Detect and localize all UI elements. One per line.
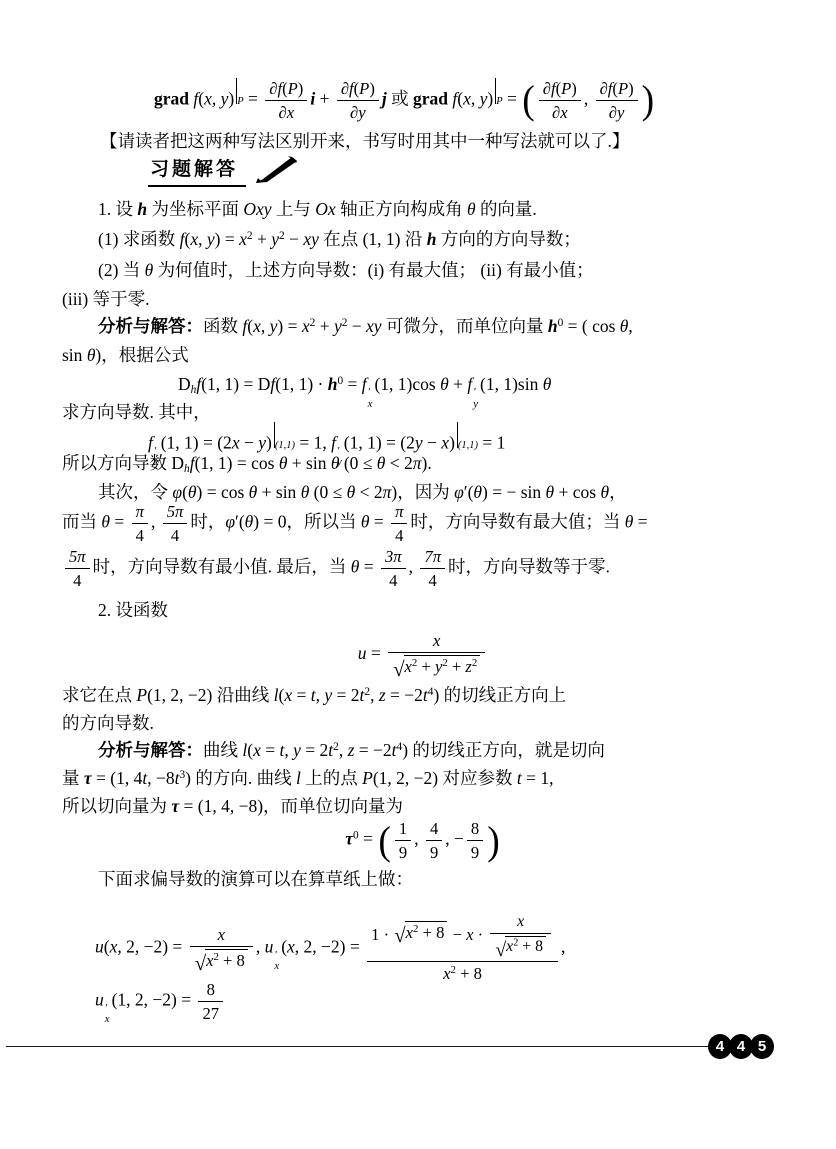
page-number-digit: 5 [750, 1034, 774, 1059]
problem-1-part-1: (1) 求函数 f(x, y) = x2 + y2 − xy 在点 (1, 1)… [62, 224, 820, 254]
problem-1-part-2: (2) 当 θ 为何值时，上述方向导数：(i) 有最大值； (ii) 有最小值； [62, 255, 820, 285]
problem-2-solution-line-1: 分析与解答：曲线 l(x = t, y = 2t2, z = −2t4) 的切线… [62, 735, 820, 765]
reader-note: 【请读者把这两种写法区别开来，书写时用其中一种写法就可以了.】 [62, 126, 822, 156]
problem-2-solution-line-2: 量 τ = (1, 4t, −8t3) 的方向. 曲线 l 上的点 P(1, 2… [62, 763, 784, 793]
problem-1-statement: 1. 设 h 为坐标平面 Oxy 上与 Ox 轴正方向构成角 θ 的向量. [62, 194, 820, 224]
problem-1-solution-line-6: 而当 θ = π4, 5π4时，φ′(θ) = 0，所以当 θ = π4时，方向… [62, 502, 784, 545]
page-number-badge: 4 4 5 [711, 1034, 774, 1059]
problem-2-statement-line-3: 的方向导数. [62, 708, 784, 738]
problem-1-solution-line-2: sin θ)，根据公式 [62, 340, 784, 370]
problem-1-solution-line-4: 所以方向导数 Dhf(1, 1) = cos θ + sin θ (0 ≤ θ … [62, 448, 784, 478]
problem-2-statement-line-2: 求它在点 P(1, 2, −2) 沿曲线 l(x = t, y = 2t2, z… [62, 680, 784, 710]
problem-1-solution-line-1: 分析与解答：函数 f(x, y) = x2 + y2 − xy 可微分，而单位向… [62, 311, 820, 341]
problem-2-statement: 2. 设函数 [62, 595, 820, 625]
problem-1-solution-line-7: 5π4时，方向导数有最小值. 最后，当 θ = 3π4, 7π4时，方向导数等于… [62, 547, 784, 590]
exercises-header-label: 习题解答 [148, 154, 246, 187]
pen-icon [252, 155, 298, 187]
footer-rule [6, 1046, 720, 1047]
problem-1-part-3: (iii) 等于零. [62, 284, 784, 314]
textbook-page: grad f(x, y)P = ∂f(P)∂xi + ∂f(P)∂yj 或 gr… [0, 0, 836, 1149]
problem-2-display-formula-3: u(x, 2, −2) = x√x2 + 8, u′x(x, 2, −2) = … [62, 913, 817, 984]
problem-2-display-formula-2: τ0 = (19, 49, −89) [62, 819, 814, 862]
problem-2-display-formula-4: u′x(1, 2, −2) = 827 [62, 980, 817, 1026]
problem-2-solution-line-3: 所以切向量为 τ = (1, 4, −8)，而单位切向量为 [62, 791, 784, 821]
problem-2-display-formula-1: u = x√x2 + y2 + z2 [62, 631, 804, 679]
problem-2-solution-line-4: 下面求偏导数的演算可以在算草纸上做： [62, 864, 820, 894]
gradient-formula: grad f(x, y)P = ∂f(P)∂xi + ∂f(P)∂yj 或 gr… [62, 78, 836, 122]
exercises-header: 习题解答 [148, 154, 298, 187]
